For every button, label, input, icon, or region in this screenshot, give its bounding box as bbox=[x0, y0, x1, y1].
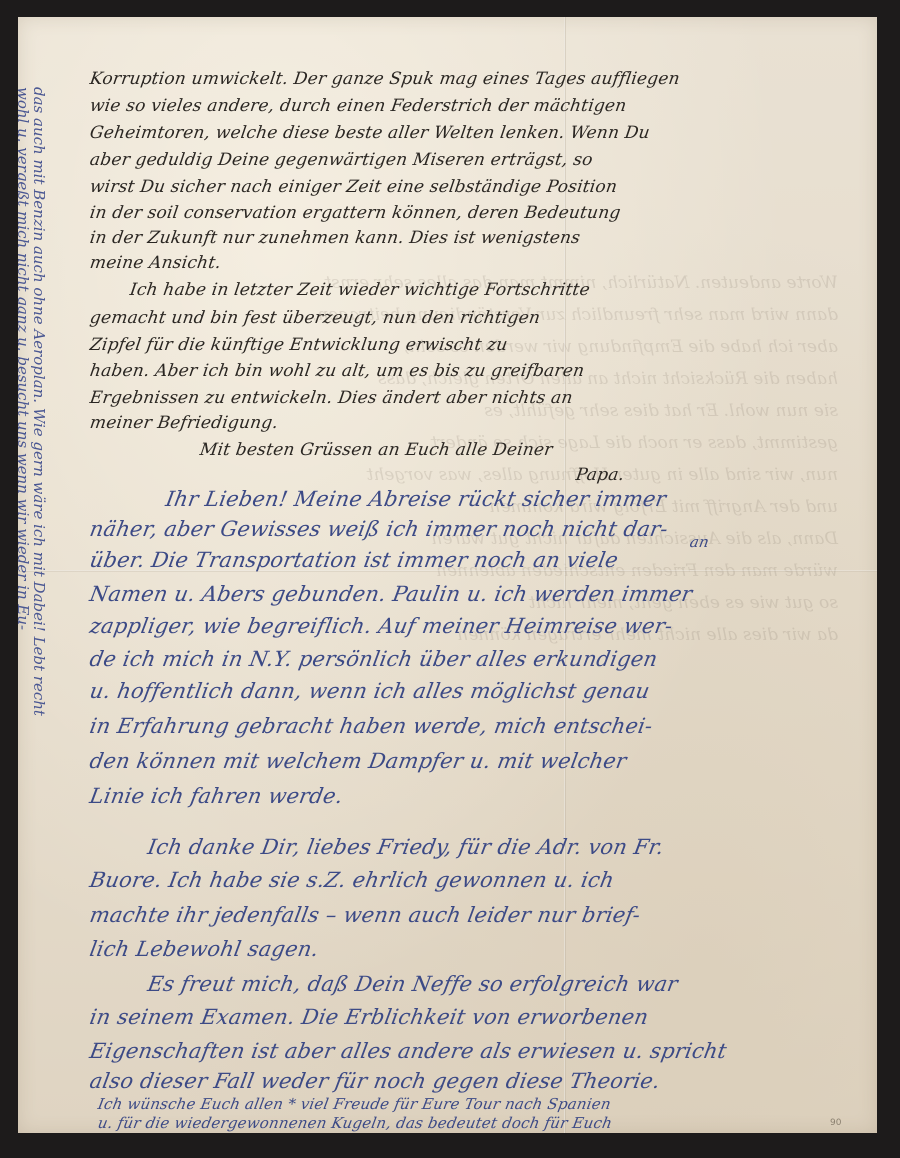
scan-background: Worte andeuten. Natürlich, nimmt man das… bbox=[0, 0, 900, 1158]
margin-note-line: wohl u. vergeßt mich nicht ganz u. besuc… bbox=[18, 87, 32, 630]
section-two-line: in seinem Examen. Die Erblichkeit von er… bbox=[88, 1005, 650, 1029]
postscript-line: u. für die wiedergewonnenen Kugeln, das … bbox=[96, 1114, 613, 1132]
margin-note-line: das auch mit Benzin auch ohne Aeroplan. … bbox=[30, 87, 48, 716]
inserted-word: an bbox=[688, 533, 710, 551]
signature-papa: Papa. bbox=[575, 465, 626, 485]
section-one-line: Geheimtoren, welche diese beste aller We… bbox=[89, 123, 652, 143]
closing-salutation: Mit besten Grüssen an Euch alle Deiner bbox=[199, 440, 554, 460]
section-two-line: zappliger, wie begreiflich. Auf meiner H… bbox=[88, 614, 675, 638]
section-one-line: meine Ansicht. bbox=[89, 253, 223, 273]
section-two-line: Buore. Ich habe sie s.Z. ehrlich gewonne… bbox=[88, 868, 616, 892]
section-two-line: Ihr Lieben! Meine Abreise rückt sicher i… bbox=[164, 487, 668, 511]
section-two-line: über. Die Transportation ist immer noch … bbox=[88, 548, 620, 572]
section-two-line: Linie ich fahren werde. bbox=[88, 784, 345, 808]
page-number: 90 bbox=[830, 1118, 841, 1128]
letter-page: Worte andeuten. Natürlich, nimmt man das… bbox=[18, 17, 877, 1133]
section-one-line: wie so vieles andere, durch einen Feders… bbox=[89, 96, 628, 116]
section-one-line: Korruption umwickelt. Der ganze Spuk mag… bbox=[89, 69, 682, 89]
section-one-line: meiner Befriedigung. bbox=[89, 413, 280, 433]
section-two-line: lich Lebewohl sagen. bbox=[88, 937, 321, 961]
section-two-line: Es freut mich, daß Dein Neffe so erfolgr… bbox=[146, 972, 680, 996]
section-two-line: Eigenschaften ist aber alles andere als … bbox=[88, 1039, 729, 1063]
section-one-line: gemacht und bin fest überzeugt, nun den … bbox=[89, 308, 542, 328]
section-two-line: Ich danke Dir, liebes Friedy, für die Ad… bbox=[146, 835, 666, 859]
section-two-line: näher, aber Gewisses weiß ich immer noch… bbox=[88, 517, 670, 541]
section-two-line: de ich mich in N.Y. persönlich über alle… bbox=[88, 647, 660, 671]
section-one-line: Zipfel für die künftige Entwicklung erwi… bbox=[89, 335, 509, 355]
section-two-line: den können mit welchem Dampfer u. mit we… bbox=[88, 749, 629, 773]
section-two-line: u. hoffentlich dann, wenn ich alles mögl… bbox=[88, 679, 652, 703]
section-one-line: Ergebnissen zu entwickeln. Dies ändert a… bbox=[89, 388, 574, 408]
section-one-line: in der soil conservation ergattern könne… bbox=[89, 203, 622, 223]
postscript-line: Ich wünsche Euch allen * viel Freude für… bbox=[96, 1095, 612, 1113]
section-two-line: in Erfahrung gebracht haben werde, mich … bbox=[88, 714, 655, 738]
section-two-line: also dieser Fall weder für noch gegen di… bbox=[88, 1069, 662, 1093]
section-two-line: Namen u. Abers gebunden. Paulin u. ich w… bbox=[88, 582, 694, 606]
section-one-line: Ich habe in letzter Zeit wieder wichtige… bbox=[129, 280, 592, 300]
section-two-line: machte ihr jedenfalls – wenn auch leider… bbox=[88, 903, 642, 927]
section-one-line: wirst Du sicher nach einiger Zeit eine s… bbox=[89, 177, 619, 197]
section-one-line: in der Zukunft nur zunehmen kann. Dies i… bbox=[89, 228, 582, 248]
section-one-line: aber geduldig Deine gegenwärtigen Misere… bbox=[89, 150, 594, 170]
section-one-line: haben. Aber ich bin wohl zu alt, um es b… bbox=[89, 361, 586, 381]
